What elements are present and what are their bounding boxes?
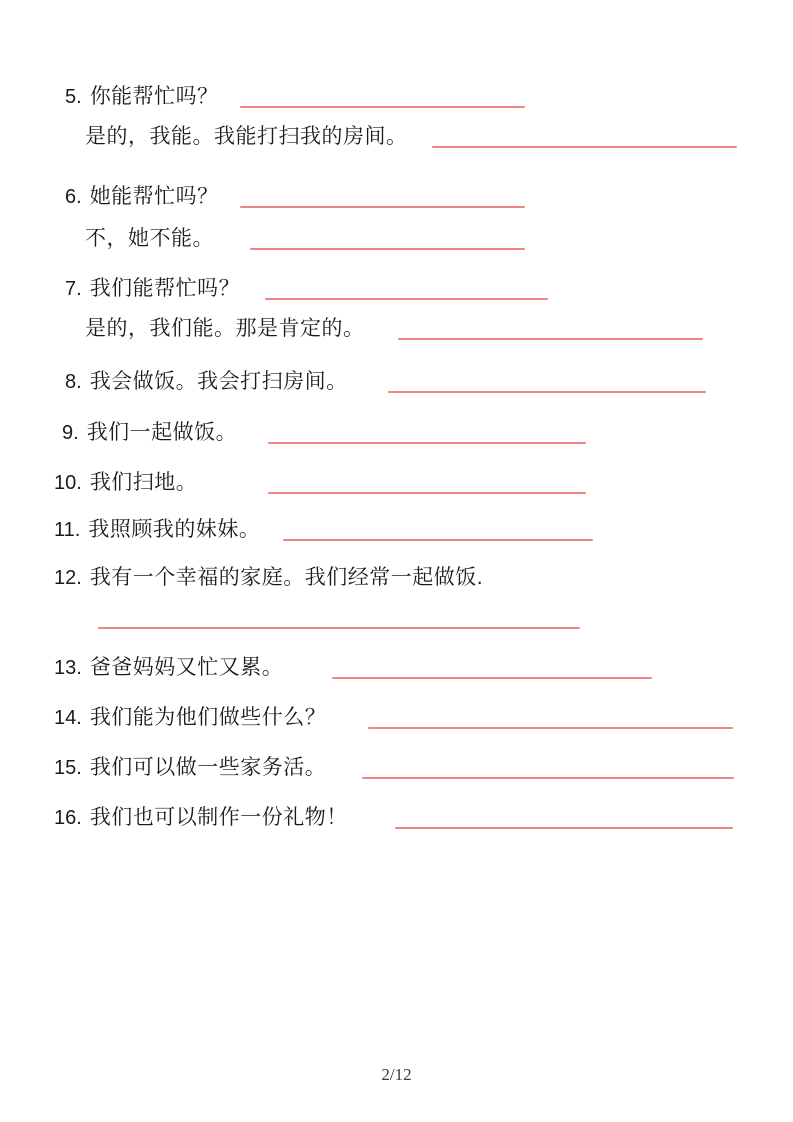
- item-number: 14.: [54, 706, 82, 730]
- item-text: 12.我有一个幸福的家庭。我们经常一起做饭.: [54, 566, 483, 590]
- item-text: 9.我们一起做饭。: [62, 421, 237, 445]
- answer-blank-line: [368, 727, 733, 729]
- answer-blank-line: [283, 539, 593, 541]
- item-text: 不，她不能。: [85, 227, 214, 251]
- item-number: 10.: [54, 471, 82, 495]
- item-text: 10.我们扫地。: [54, 471, 197, 495]
- item-sentence: 不，她不能。: [85, 227, 214, 250]
- answer-blank-line: [398, 338, 703, 340]
- answer-blank-line: [268, 442, 586, 444]
- worksheet-line: 10.我们扫地。: [0, 471, 793, 497]
- item-number: 16.: [54, 806, 82, 830]
- worksheet-line: 6.她能帮忙吗？: [0, 185, 793, 211]
- item-sentence: 她能帮忙吗？: [90, 185, 219, 208]
- item-number: 13.: [54, 656, 82, 680]
- item-text: 7.我们能帮忙吗？: [65, 277, 240, 301]
- worksheet-line: [0, 606, 793, 632]
- answer-blank-line: [98, 627, 580, 629]
- answer-blank-line: [395, 827, 733, 829]
- worksheet-line: 不，她不能。: [0, 227, 793, 253]
- item-number: 11.: [54, 518, 80, 542]
- item-sentence: 我们扫地。: [90, 471, 198, 494]
- worksheet-line: 是的，我能。我能打扫我的房间。: [0, 125, 793, 151]
- item-text: 是的，我能。我能打扫我的房间。: [85, 125, 408, 149]
- item-text: 5.你能帮忙吗？: [65, 85, 219, 109]
- item-text: 13.爸爸妈妈又忙又累。: [54, 656, 283, 680]
- worksheet-page: 5.你能帮忙吗？ 是的，我能。我能打扫我的房间。 6.她能帮忙吗？ 不，她不能。…: [0, 0, 793, 1122]
- worksheet-line: 是的，我们能。那是肯定的。: [0, 317, 793, 343]
- answer-blank-line: [240, 106, 525, 108]
- item-sentence: 我有一个幸福的家庭。我们经常一起做饭.: [90, 566, 483, 589]
- item-text: 6.她能帮忙吗？: [65, 185, 219, 209]
- answer-blank-line: [250, 248, 525, 250]
- item-text: 15.我们可以做一些家务活。: [54, 756, 326, 780]
- item-text: 11.我照顾我的妹妹。: [54, 518, 260, 542]
- answer-blank-line: [332, 677, 652, 679]
- worksheet-line: 11.我照顾我的妹妹。: [0, 518, 793, 544]
- answer-blank-line: [432, 146, 737, 148]
- item-text: 14.我们能为他们做些什么？: [54, 706, 326, 730]
- worksheet-line: 16.我们也可以制作一份礼物！: [0, 806, 793, 832]
- worksheet-line: 15.我们可以做一些家务活。: [0, 756, 793, 782]
- item-text: 16.我们也可以制作一份礼物！: [54, 806, 348, 830]
- item-sentence: 我们能为他们做些什么？: [90, 706, 327, 729]
- worksheet-line: 7.我们能帮忙吗？: [0, 277, 793, 303]
- answer-blank-line: [265, 298, 548, 300]
- item-sentence: 我们一起做饭。: [87, 421, 238, 444]
- item-text: 是的，我们能。那是肯定的。: [85, 317, 365, 341]
- worksheet-line: 13.爸爸妈妈又忙又累。: [0, 656, 793, 682]
- worksheet-line: 9.我们一起做饭。: [0, 421, 793, 447]
- answer-blank-line: [268, 492, 586, 494]
- answer-blank-line: [240, 206, 525, 208]
- item-sentence: 是的，我能。我能打扫我的房间。: [85, 125, 408, 148]
- item-number: 7.: [65, 277, 82, 301]
- worksheet-line: 5.你能帮忙吗？: [0, 85, 793, 111]
- answer-blank-line: [388, 391, 706, 393]
- item-sentence: 你能帮忙吗？: [90, 85, 219, 108]
- item-text: 8.我会做饭。我会打扫房间。: [65, 370, 348, 394]
- item-sentence: 我照顾我的妹妹。: [88, 518, 260, 541]
- answer-blank-line: [362, 777, 734, 779]
- item-sentence: 我们能帮忙吗？: [90, 277, 241, 300]
- item-number: 8.: [65, 370, 82, 394]
- item-sentence: 爸爸妈妈又忙又累。: [90, 656, 284, 679]
- worksheet-line: 8.我会做饭。我会打扫房间。: [0, 370, 793, 396]
- item-sentence: 我们可以做一些家务活。: [90, 756, 327, 779]
- item-number: 12.: [54, 566, 82, 590]
- item-number: 15.: [54, 756, 82, 780]
- item-sentence: 我们也可以制作一份礼物！: [90, 806, 348, 829]
- item-sentence: 我会做饭。我会打扫房间。: [90, 370, 348, 393]
- item-number: 5.: [65, 85, 82, 109]
- item-sentence: 是的，我们能。那是肯定的。: [85, 317, 365, 340]
- worksheet-line: 14.我们能为他们做些什么？: [0, 706, 793, 732]
- item-number: 6.: [65, 185, 82, 209]
- item-number: 9.: [62, 421, 79, 445]
- page-number: 2/12: [0, 1065, 793, 1085]
- worksheet-line: 12.我有一个幸福的家庭。我们经常一起做饭.: [0, 566, 793, 592]
